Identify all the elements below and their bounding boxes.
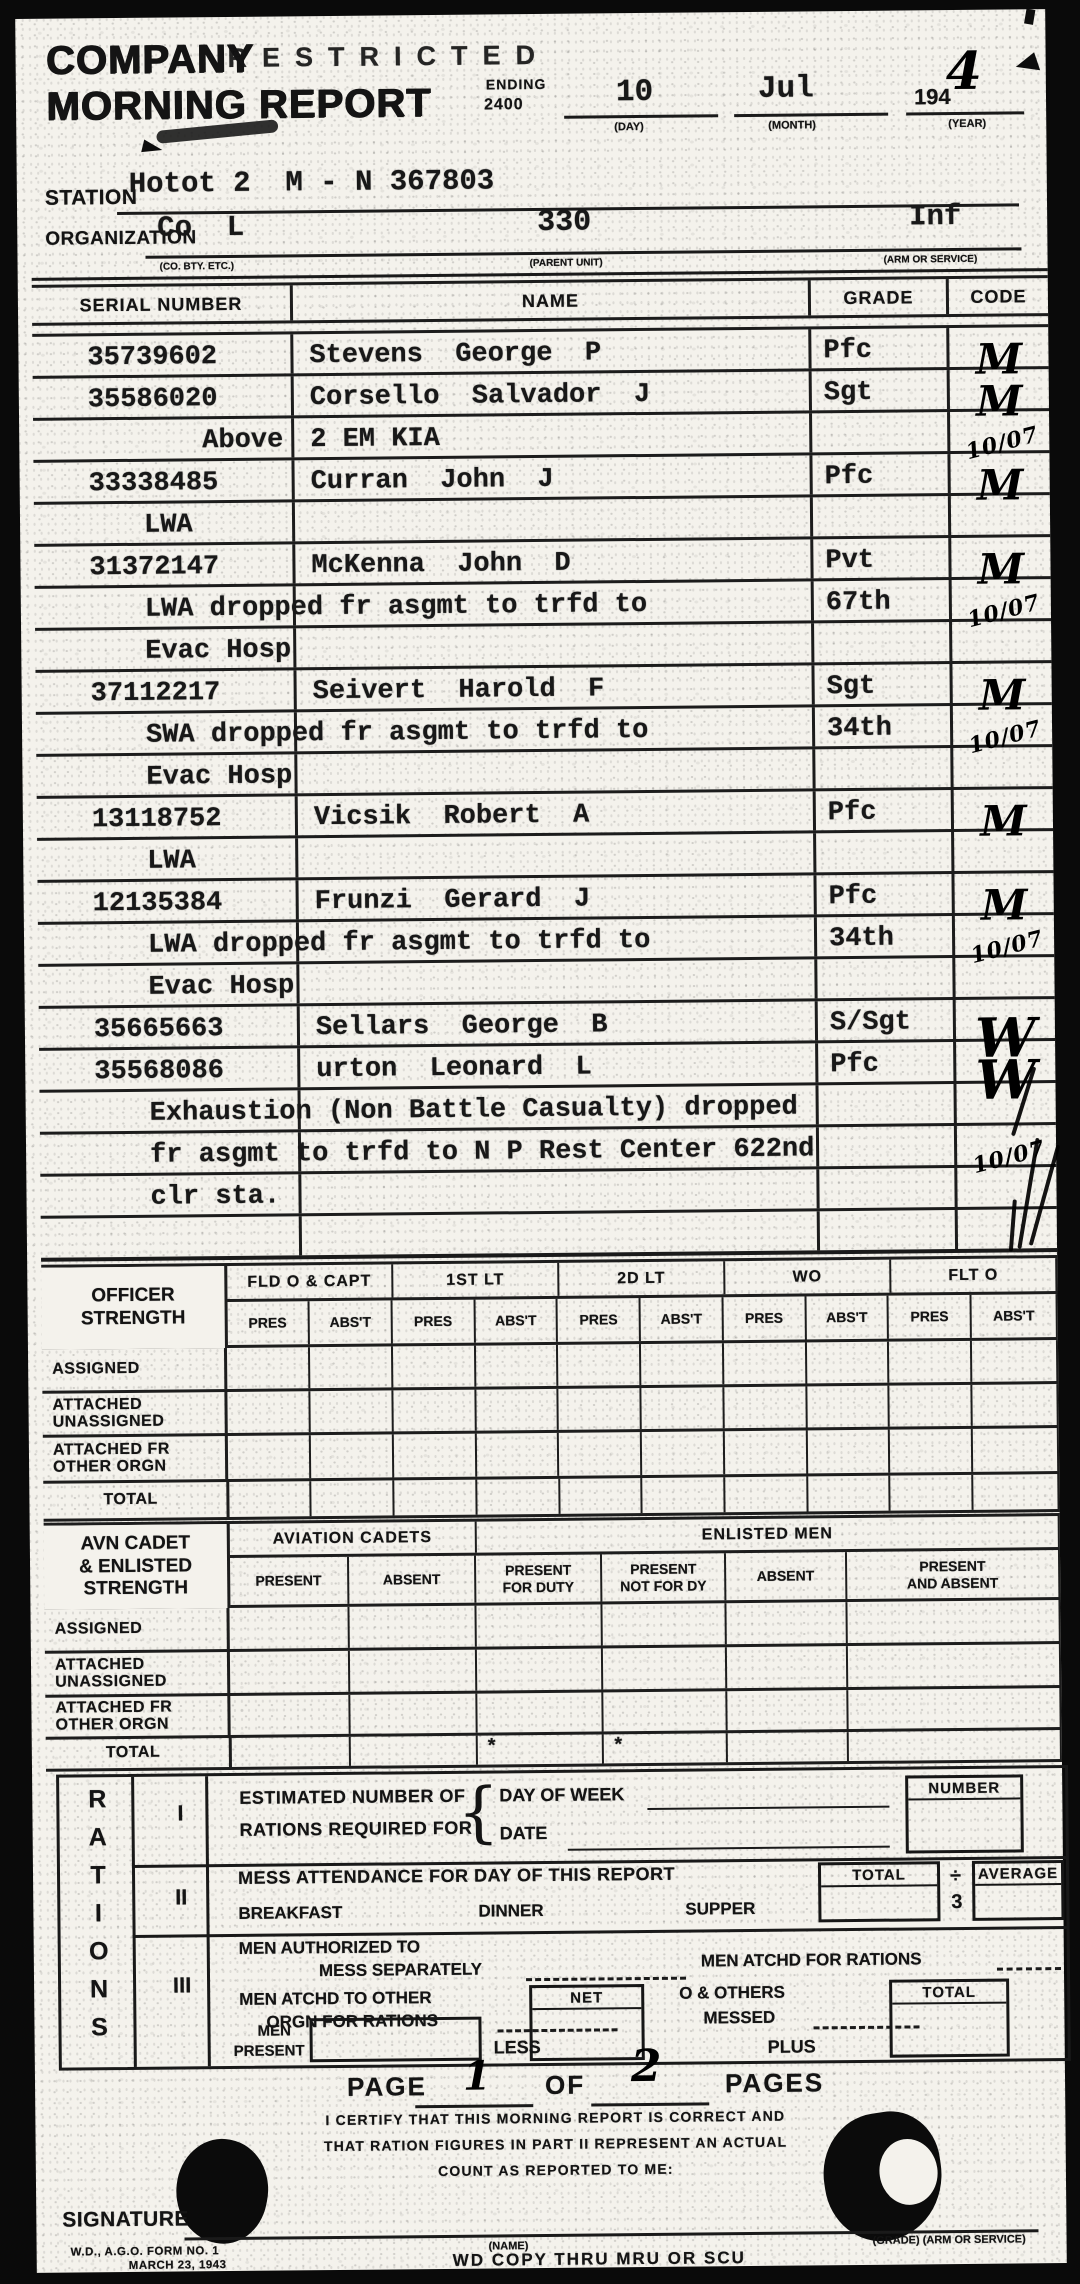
arm-of-service-value: Inf [909, 200, 962, 233]
of-label: OF [545, 2070, 585, 2101]
roster-cell-grade [815, 748, 953, 788]
brace-glyph: { [457, 1773, 500, 1850]
rations-numeral-col-rule [205, 1776, 211, 2066]
strength-empty-cell [973, 1384, 1059, 1426]
roster-cell-grade [817, 958, 955, 998]
strength-empty-cell [807, 1342, 890, 1384]
organization-value: Co L [157, 211, 244, 245]
rations-section: RATIONS I ESTIMATED NUMBER OF RATIONS RE… [56, 1765, 1071, 2071]
roster-cell-name [301, 1169, 819, 1213]
rations-vertical-letter: T [86, 1861, 110, 1890]
roster-cell-serial: Evac Hosp [38, 964, 299, 1006]
strength-empty-cell [228, 1435, 311, 1479]
roster-cell-name: Vicsik Robert A [298, 791, 816, 835]
day-of-week-line [647, 1806, 889, 1810]
strength-empty-cell [394, 1480, 477, 1516]
roster-cell-name: Curran John J [294, 455, 812, 499]
strength-group-header: FLT O [891, 1258, 1057, 1293]
net-box: NET [529, 1984, 645, 2061]
roster-cell-grade: Pfc [811, 328, 949, 368]
roster-cell-grade [816, 832, 954, 872]
day-of-week-label: DAY OF WEEK [499, 1784, 624, 1806]
strength-empty-cell [476, 1345, 559, 1387]
men-atchd-rations-label: MEN ATCHD FOR RATIONS [701, 1949, 922, 1971]
strength-group-header: FLD O & CAPT [227, 1264, 393, 1299]
roster-cell-serial: LWA dropped fr asgmt to trfd to [38, 922, 299, 964]
copy-note: WD COPY THRU MRU OR SCU [453, 2248, 746, 2271]
roster-cell-serial: 35665663 [39, 1006, 300, 1048]
page-number-value: 1 [463, 2057, 491, 2097]
roster-cell-name [297, 749, 815, 793]
strength-empty-cell [726, 1602, 847, 1644]
roster-cell-name [299, 959, 817, 1003]
roster-table: SERIAL NUMBER NAME GRADE CODE 35739602St… [32, 275, 1057, 1261]
strength-empty-cell [351, 1736, 478, 1766]
pages-total-line [591, 2102, 709, 2106]
strength-table-title: AVN CADET & ENLISTED STRENGTH [44, 1524, 231, 1610]
roster-cell-grade [819, 1168, 957, 1208]
strength-empty-cell [642, 1387, 725, 1429]
day-underline [564, 114, 718, 118]
strength-sub-header: ABS'T [310, 1300, 393, 1344]
strength-group-header: 2D LT [559, 1261, 725, 1296]
divide-by-three: 3 [951, 1891, 962, 1914]
date-label: DATE [500, 1823, 548, 1844]
rations-divider-2 [133, 1926, 1067, 1938]
roster-header-serial: SERIAL NUMBER [32, 285, 293, 323]
men-atchd-other-label: MEN ATCHD TO OTHER [239, 1988, 432, 2010]
ending-label: ENDING [486, 76, 547, 93]
strength-empty-cell [807, 1386, 890, 1428]
rations-letter-col-rule [131, 1777, 137, 2067]
roster-cell-name: McKenna John D [295, 539, 813, 583]
rations-vertical-letter: O [87, 1937, 111, 1966]
roster-header-name: NAME [293, 280, 811, 320]
roster-cell-grade: Pfc [816, 790, 954, 830]
roster-cell-serial: Evac Hosp [36, 754, 297, 796]
men-atchd-rations-line [997, 1967, 1061, 1971]
roster-cell-serial: 37112217 [35, 670, 296, 712]
strength-empty-cell [477, 1692, 604, 1732]
pages-label: PAGES [725, 2067, 824, 2099]
pen-mark-top-right [1013, 52, 1040, 77]
roster-cell-name [299, 917, 817, 961]
roster-cell-name: Stevens George P [293, 329, 811, 373]
pages-total-value: 2 [631, 2045, 662, 2089]
day-label: (DAY) [614, 121, 644, 133]
roster-cell-serial: 35568086 [39, 1048, 300, 1090]
strength-sub-header: ABS'T [475, 1299, 558, 1343]
strength-group-header: AVIATION CADETS [230, 1522, 477, 1555]
strength-sub-header: ABSENT [726, 1552, 847, 1600]
scanned-morning-report: { "header": { "title_line1": "COMPANY", … [0, 0, 1080, 2284]
strength-empty-cell [642, 1431, 725, 1475]
roster-cell-name: Frunzi Gerard J [298, 875, 816, 919]
ink-blot-right [815, 2105, 951, 2249]
rations-total-box-label: TOTAL [892, 1982, 1006, 2005]
strength-empty-cell [727, 1646, 848, 1688]
strength-empty-cell [891, 1475, 974, 1511]
ink-blot-gap [875, 2135, 942, 2209]
strength-empty-cell [890, 1385, 973, 1427]
strength-group-header: 1ST LT [393, 1263, 559, 1298]
rations-1-line2: RATIONS REQUIRED FOR [240, 1818, 473, 1841]
page-number-line [415, 2104, 533, 2108]
strength-empty-cell [394, 1434, 477, 1478]
roster-cell-grade: Pfc [812, 454, 950, 494]
strength-sub-header: PRES [723, 1296, 806, 1340]
report-month-value: Jul [758, 71, 814, 107]
roster-cell-grade [813, 496, 951, 536]
strength-empty-cell [228, 1391, 311, 1433]
roster-cell-code [955, 957, 1054, 997]
roster-rows: 35739602Stevens George PPfcM35586020Cors… [32, 327, 1057, 1261]
strength-row-label: TOTAL [46, 1738, 232, 1769]
number-box-label: NUMBER [908, 1777, 1020, 1800]
roster-cell-grade: 34th [815, 706, 953, 746]
station-value: Hotot 2 M - N 367803 [129, 164, 495, 201]
certify-line-3: COUNT AS REPORTED TO ME: [246, 2159, 866, 2181]
roster-cell-serial: Above [33, 418, 294, 460]
strength-empty-cell [559, 1432, 642, 1476]
roster-cell-grade [818, 1084, 956, 1124]
strength-empty-cell [603, 1603, 727, 1645]
strength-empty-cell [393, 1346, 476, 1388]
number-box: NUMBER [905, 1774, 1024, 1853]
organization-sub-label: (CO. BTY. ETC.) [160, 261, 235, 273]
document-sheet: COMPANY RESTRICTED MORNING REPORT ENDING… [15, 9, 1067, 2273]
mess-total-box: TOTAL [818, 1861, 941, 1922]
strength-empty-cell [558, 1344, 641, 1386]
strength-sub-header: PRESENT FOR DUTY [476, 1554, 603, 1602]
net-box-label: NET [532, 1987, 641, 2010]
strength-empty-cell [350, 1694, 477, 1734]
roster-cell-serial: clr sta. [40, 1174, 301, 1216]
strength-empty-cell [229, 1481, 312, 1517]
strength-row-label: ASSIGNED [42, 1348, 228, 1391]
strength-empty-cell [973, 1428, 1059, 1472]
strength-empty-cell [560, 1478, 643, 1514]
average-box-label: AVERAGE [975, 1863, 1061, 1886]
strength-empty-cell [477, 1433, 560, 1477]
rations-vertical-letter: R [85, 1785, 109, 1814]
roster-cell-serial [41, 1216, 302, 1258]
strength-row-label: ATTACHED UNASSIGNED [42, 1392, 228, 1435]
roster-cell-serial: 35739602 [32, 334, 293, 376]
pen-tick [1024, 9, 1035, 25]
strength-row-label: ATTACHED FR OTHER ORGN [43, 1436, 229, 1481]
strength-empty-cell [227, 1347, 310, 1389]
strength-empty-cell [312, 1480, 395, 1516]
roster-cell-grade: 34th [817, 916, 955, 956]
roster-cell-serial: LWA [37, 838, 298, 880]
messed-label: MESSED [703, 2008, 775, 2029]
rations-total-box: TOTAL [889, 1979, 1010, 2058]
roster-cell-name [298, 833, 816, 877]
strength-sub-header: PRESENT [229, 1557, 349, 1605]
ending-value: 2400 [484, 96, 524, 114]
strength-empty-cell [311, 1434, 394, 1478]
strength-sub-header: ABSENT [349, 1556, 476, 1604]
average-box: AVERAGE [972, 1860, 1065, 1921]
less-label: LESS [494, 2037, 541, 2058]
roster-cell-serial: 13118752 [37, 796, 298, 838]
roster-cell-grade [820, 1210, 958, 1250]
strength-empty-cell [603, 1647, 727, 1689]
strength-empty-cell [848, 1688, 1062, 1729]
breakfast-label: BREAKFAST [238, 1903, 342, 1924]
mess-separately-line [526, 1977, 686, 1982]
roster-header-grade: GRADE [811, 279, 949, 315]
strength-empty-cell [476, 1604, 603, 1646]
strength-empty-cell [231, 1695, 351, 1735]
roster-cell-grade: Pvt [813, 538, 951, 578]
strength-empty-cell [230, 1651, 350, 1693]
plus-label: PLUS [768, 2036, 816, 2057]
strength-empty-cell [890, 1429, 973, 1473]
strength-empty-cell [476, 1389, 559, 1431]
strength-empty-cell [310, 1346, 393, 1388]
roster-header-code: CODE [949, 278, 1048, 314]
rations-vertical-letter: N [87, 1975, 111, 2004]
arm-of-service-label: (ARM OR SERVICE) [884, 254, 978, 266]
roster-cell-name: urton Leonard L [300, 1043, 818, 1087]
month-underline [734, 113, 888, 117]
strength-empty-cell [725, 1476, 808, 1512]
roster-cell-name [301, 1127, 819, 1171]
strength-empty-cell [808, 1430, 891, 1474]
strength-sub-header: ABS'T [806, 1296, 889, 1340]
strength-sub-header: ABS'T [641, 1297, 724, 1341]
parent-unit-value: 330 [537, 205, 591, 240]
rations-vertical-letter: I [86, 1899, 110, 1928]
strength-empty-cell [231, 1737, 351, 1767]
strength-empty-cell [724, 1342, 807, 1384]
strength-row-label: TOTAL [43, 1482, 229, 1519]
roster-cell-grade [819, 1126, 957, 1166]
roster-cell-serial: Evac Hosp [35, 628, 296, 670]
rations-vertical-letter: A [86, 1823, 110, 1852]
strength-empty-cell [847, 1600, 1061, 1643]
strength-sub-header: PRES [392, 1300, 475, 1344]
divide-sign: ÷ [950, 1865, 961, 1888]
roster-cell-serial: 33338485 [33, 460, 294, 502]
strength-sub-header: PRES [558, 1298, 641, 1342]
roster-cell-grade: 67th [814, 580, 952, 620]
strength-empty-cell [641, 1343, 724, 1385]
mess-attendance-title: MESS ATTENDANCE FOR DAY OF THIS REPORT [238, 1864, 675, 1889]
strength-sub-header: ABS'T [972, 1294, 1058, 1338]
roster-cell-code [952, 621, 1051, 661]
strength-row-label: ASSIGNED [44, 1608, 230, 1651]
strength-empty-cell [848, 1644, 1062, 1687]
certify-line-1: I CERTIFY THAT THIS MORNING REPORT IS CO… [245, 2107, 865, 2129]
roster-cell-name [296, 623, 814, 667]
year-underline [906, 111, 1024, 115]
date-line [568, 1846, 890, 1851]
strength-empty-cell [477, 1479, 560, 1515]
strength-empty-cell [973, 1474, 1059, 1510]
strength-sub-header: PRES [227, 1301, 310, 1345]
strength-empty-cell [311, 1390, 394, 1432]
parent-unit-label: (PARENT UNIT) [530, 257, 603, 269]
roster-cell-grade: Sgt [812, 370, 950, 410]
men-authorized-label: MEN AUTHORIZED TO [239, 1937, 421, 1959]
officer-strength-table: FLD O & CAPT1ST LT2D LTWOFLT OPRESABS'TP… [41, 1255, 1059, 1522]
o-and-others-label: O & OTHERS [679, 1983, 785, 2004]
rations-numeral-3: III [157, 1972, 207, 1998]
roster-cell-grade: S/Sgt [818, 1000, 956, 1040]
roster-cell-grade: Pfc [818, 1042, 956, 1082]
roster-cell-serial: 31372147 [34, 544, 295, 586]
strength-group-header: WO [725, 1260, 891, 1295]
roster-cell-code [953, 747, 1052, 787]
roster-cell-name: Corsello Salvador J [294, 371, 812, 415]
roster-cell-name: Seivert Harold F [296, 665, 814, 709]
report-year-handwritten: 4 [946, 46, 983, 98]
roster-cell-code [954, 831, 1053, 871]
avn-enlisted-table: AVIATION CADETSENLISTED MENPRESENTABSENT… [44, 1513, 1062, 1772]
rations-numeral-2: II [156, 1884, 206, 1910]
certify-line-2: THAT RATION FIGURES IN PART II REPRESENT… [246, 2133, 866, 2155]
classification-stamp: RESTRICTED [227, 40, 550, 74]
station-label: STATION [45, 186, 138, 211]
roster-cell-grade: Sgt [814, 664, 952, 704]
strength-empty-cell [643, 1477, 726, 1513]
form-id-line-1: W.D., A.G.O. FORM NO. 1 [71, 2245, 220, 2258]
dinner-label: DINNER [478, 1901, 543, 1922]
strength-empty-cell [728, 1732, 849, 1762]
strength-empty-cell [725, 1430, 808, 1474]
strength-empty-cell [350, 1606, 477, 1648]
strength-empty-cell [889, 1341, 972, 1383]
strength-empty-cell [972, 1340, 1058, 1382]
roster-cell-serial: SWA dropped fr asgmt to trfd to [36, 712, 297, 754]
strength-empty-cell: * [604, 1733, 728, 1763]
roster-cell-serial: Exhaustion (Non Battle Casualty) dropped [40, 1090, 301, 1132]
strength-row-label: ATTACHED UNASSIGNED [45, 1652, 231, 1695]
roster-cell-serial: LWA [34, 502, 295, 544]
roster-cell-name [295, 497, 813, 541]
year-label: (YEAR) [948, 118, 986, 130]
roster-cell-name [297, 707, 815, 751]
strength-empty-cell [230, 1607, 350, 1649]
mess-total-box-label: TOTAL [821, 1864, 937, 1887]
rations-1-line1: ESTIMATED NUMBER OF [239, 1786, 465, 1809]
roster-cell-serial: 35586020 [33, 376, 294, 418]
form-title-line1: COMPANY [45, 37, 254, 84]
strength-empty-cell: * [478, 1734, 605, 1764]
roster-cell-name [296, 581, 814, 625]
strength-sub-header: PRES [889, 1295, 972, 1339]
men-present-label-1: MEN [257, 2022, 291, 2039]
strength-empty-cell [724, 1386, 807, 1428]
strength-table-title: OFFICER STRENGTH [41, 1266, 228, 1350]
report-day-value: 10 [616, 75, 654, 110]
rations-vertical-letter: S [87, 2013, 111, 2042]
page-label: PAGE [347, 2071, 427, 2103]
strength-empty-cell [559, 1388, 642, 1430]
rations-numeral-1: I [155, 1800, 205, 1826]
roster-cell-name: 2 EM KIA [294, 413, 812, 457]
strength-sub-header: PRESENT NOT FOR DY [602, 1553, 726, 1601]
roster-cell-code [958, 1209, 1057, 1249]
roster-cell-serial: LWA dropped fr asgmt to trfd to [35, 586, 296, 628]
strength-empty-cell [393, 1390, 476, 1432]
roster-cell-name [302, 1211, 820, 1255]
supper-label: SUPPER [685, 1899, 755, 1920]
month-label: (MONTH) [768, 119, 816, 131]
strength-sub-header: PRESENT AND ABSENT [847, 1550, 1061, 1599]
strength-empty-cell [808, 1476, 891, 1512]
roster-cell-code [951, 495, 1050, 535]
roster-cell-serial: fr asgmt to trfd to N P Rest Center 622n… [40, 1132, 301, 1174]
strength-empty-cell [727, 1690, 848, 1730]
roster-cell-grade [814, 622, 952, 662]
strength-empty-cell [477, 1648, 604, 1690]
strength-empty-cell [350, 1650, 477, 1692]
strength-empty-cell [848, 1730, 1062, 1761]
men-present-label-2: PRESENT [234, 2042, 305, 2060]
roster-cell-name: Sellars George B [300, 1001, 818, 1045]
strength-row-label: ATTACHED FR OTHER ORGN [45, 1696, 231, 1737]
roster-cell-grade: Pfc [816, 874, 954, 914]
roster-cell-serial: 12135384 [37, 880, 298, 922]
roster-cell-grade [812, 412, 950, 452]
grade-arm-label: (GRADE) (ARM OR SERVICE) [873, 2233, 1026, 2246]
strength-group-header: ENLISTED MEN [477, 1516, 1060, 1553]
mess-separately-label: MESS SEPARATELY [319, 1960, 482, 1982]
form-id-line-2: MARCH 23, 1943 [129, 2259, 227, 2272]
men-present-box [309, 2017, 481, 2063]
roster-cell-name [301, 1085, 819, 1129]
signature-label: SIGNATURE [62, 2207, 189, 2232]
strength-empty-cell [604, 1691, 728, 1731]
